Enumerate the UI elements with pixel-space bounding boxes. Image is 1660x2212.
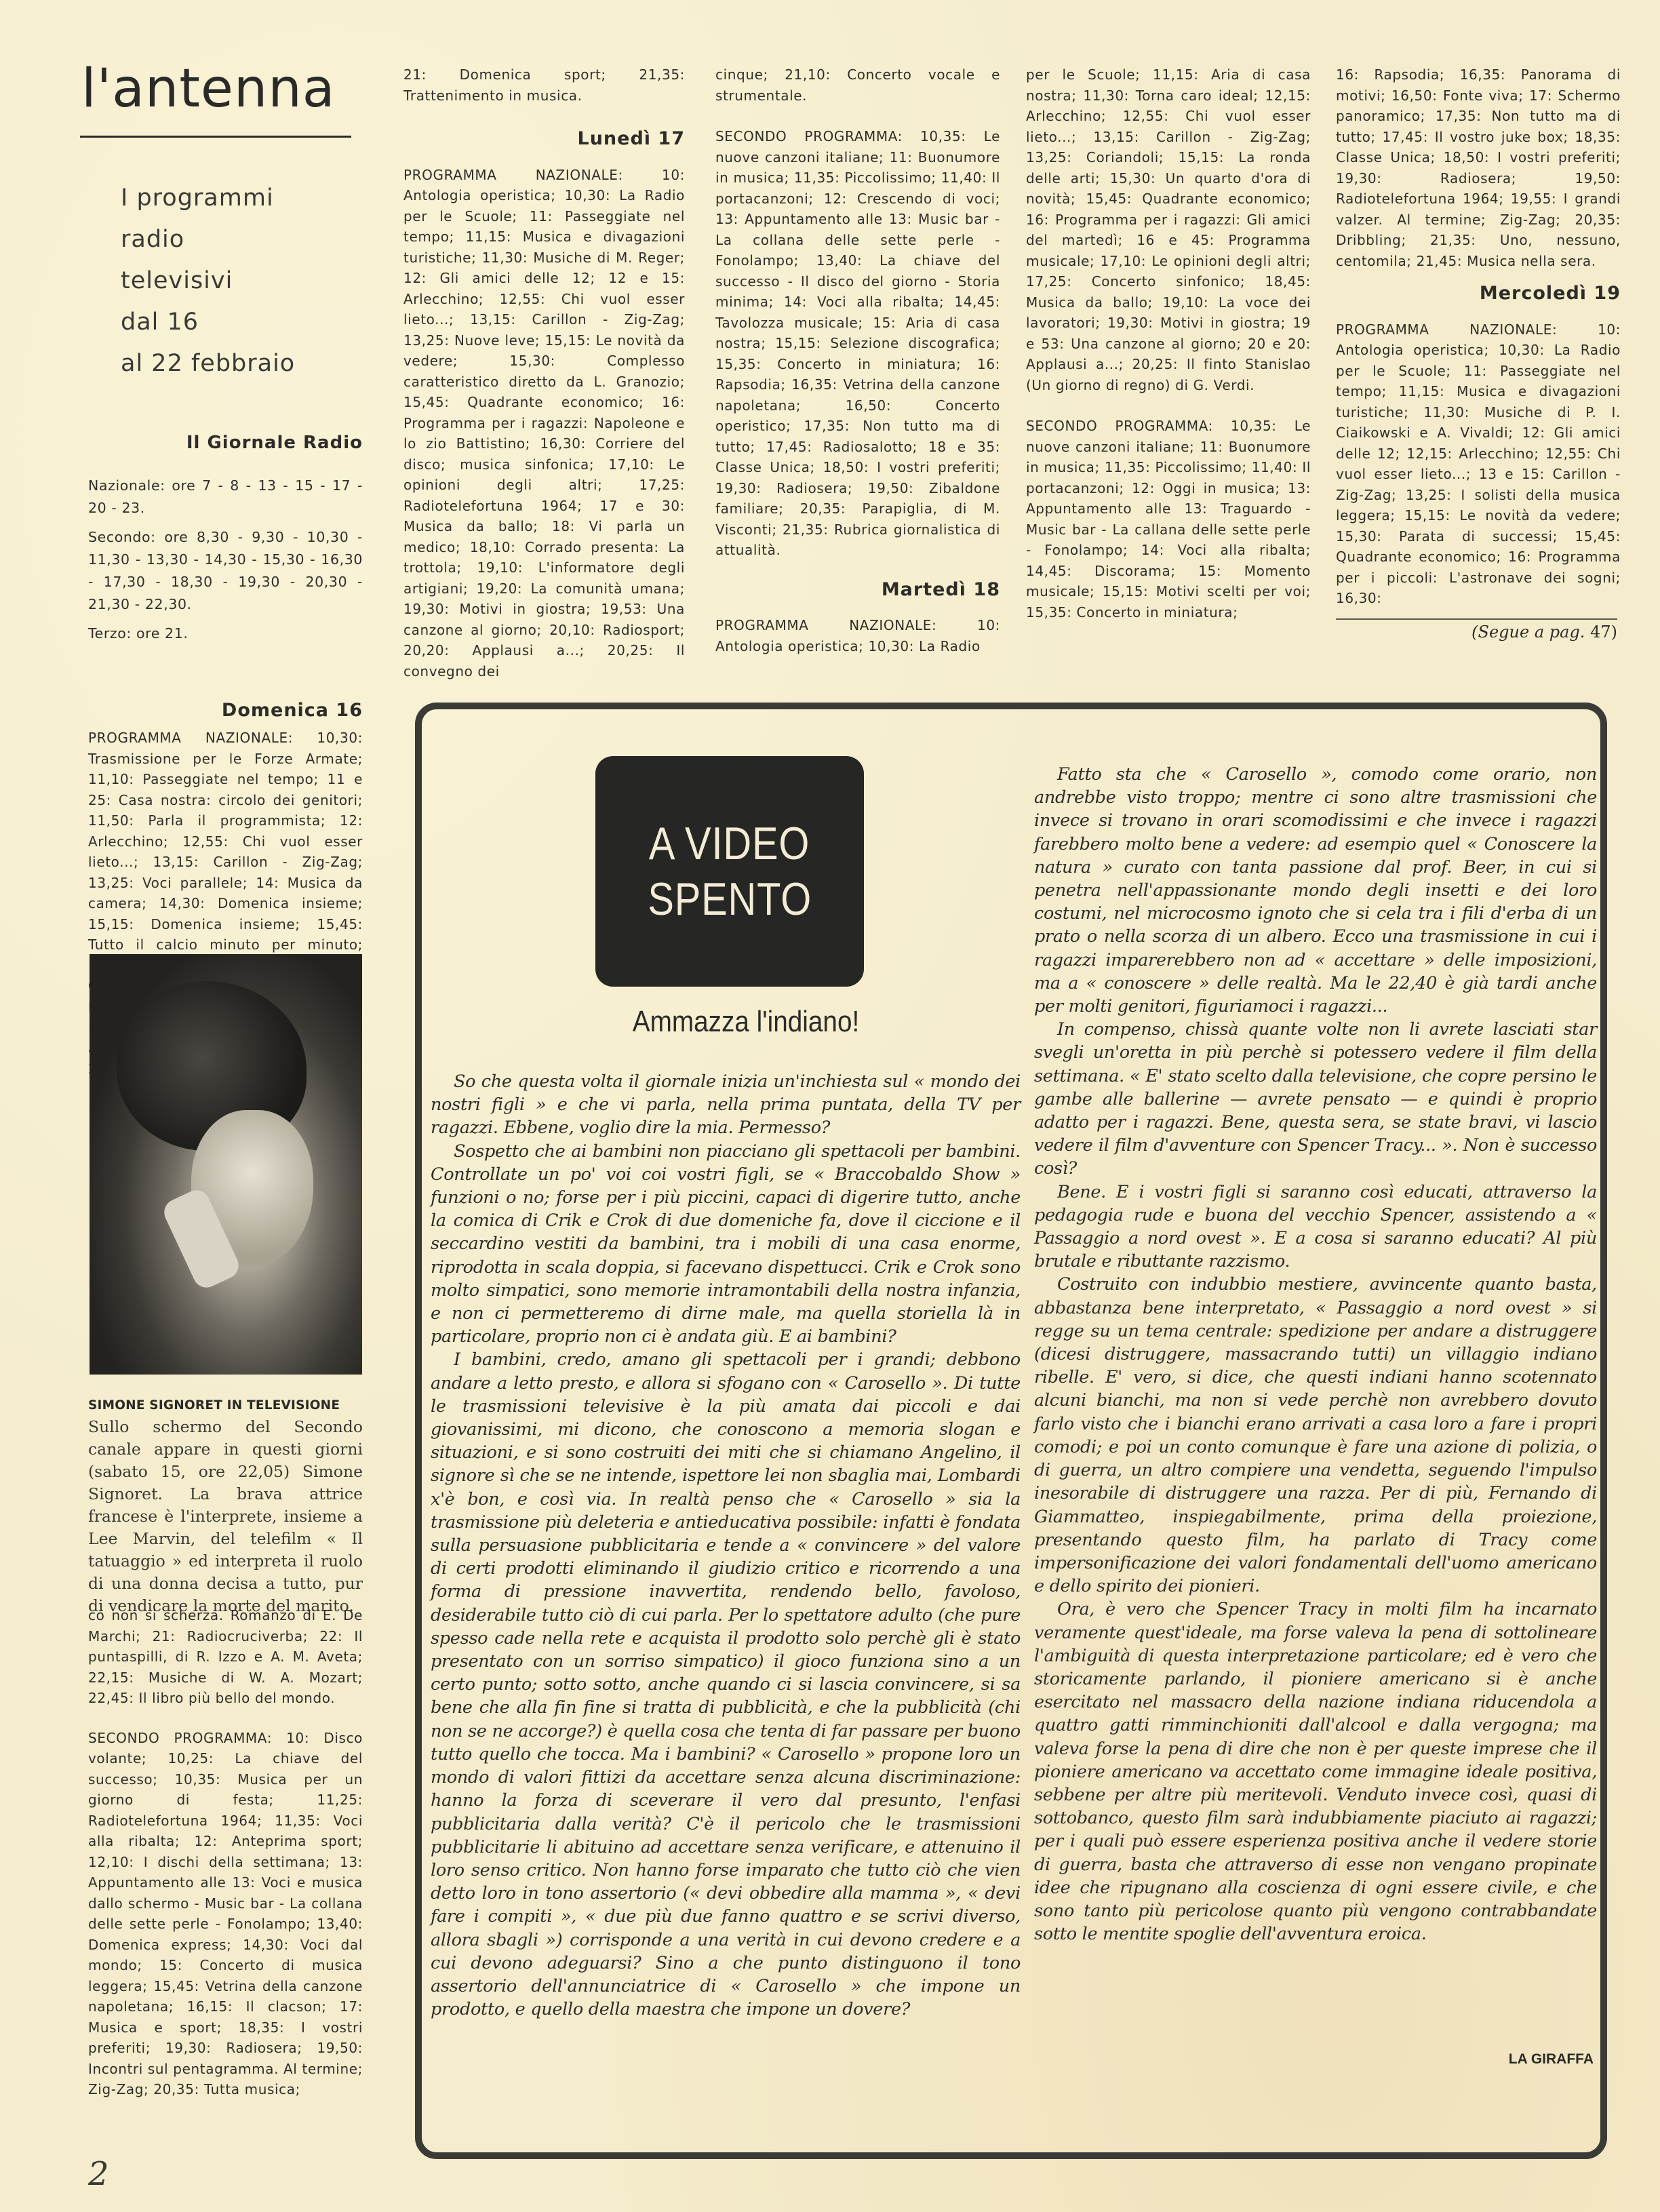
article-paragraph: Ora, è vero che Spencer Tracy in molti f… [1034,1598,1597,1946]
masthead-subtitle: I programmi radio televisivi dal 16 al 2… [121,178,351,384]
page-number: 2 [88,2155,109,2193]
subtitle-line: I programmi [121,178,351,219]
schedule-text: PROGRAMMA NAZIONALE: 10: Antologia operi… [403,165,685,682]
subtitle-line: dal 16 [121,302,351,343]
continued-note: (Segue a pag. 47) [1336,623,1617,641]
schedule-text: 21: Domenica sport; 21,35: Trattenimento… [403,64,685,106]
article-paragraph: I bambini, credo, amano gli spettacoli p… [431,1348,1021,2021]
article-signature: LA GIRAFFA [1424,2051,1594,2068]
masthead-divider [80,136,351,138]
giornale-radio-heading: Il Giornale Radio [88,433,363,453]
schedule-text: 16: Rapsodia; 16,35: Panorama di motivi;… [1336,64,1621,271]
day-heading-mercoledi: Mercoledì 19 [1336,283,1621,304]
photo-caption-body: Sullo schermo del Secondo canale appare … [88,1416,363,1617]
continued-suffix: ) [1611,623,1617,641]
continued-divider [1336,618,1617,620]
subtitle-line: televisivi [121,260,351,302]
article-column-left: So che questa volta il giornale inizia u… [431,1070,1021,2021]
secondo-times: Secondo: ore 8,30 - 9,30 - 10,30 - 11,30… [88,526,363,616]
badge-line: A VIDEO [649,816,810,871]
article-paragraph: So che questa volta il giornale inizia u… [431,1070,1021,1140]
photo-caption-heading: SIMONE SIGNORET IN TELEVISIONE [88,1398,363,1413]
schedule-text: SECONDO PROGRAMMA: 10: Disco volante; 10… [88,1728,363,2100]
schedule-text: cinque; 21,10: Concerto vocale e strumen… [715,64,1000,106]
day-heading-lunedi: Lunedì 17 [403,129,685,150]
article-title: Ammazza l'indiano! [471,1005,1021,1039]
badge-line: SPENTO [648,871,812,927]
article-paragraph: In compenso, chissà quante volte non li … [1034,1018,1597,1180]
article-paragraph: Fatto sta che « Carosello », comodo come… [1034,763,1597,1018]
subtitle-line: al 22 febbraio [121,343,351,384]
schedule-text: per le Scuole; 11,15: Aria di casa nostr… [1026,64,1311,395]
subtitle-line: radio [121,219,351,260]
schedule-text: SECONDO PROGRAMMA: 10,35: Le nuove canzo… [715,126,1000,561]
a-video-spento-badge: A VIDEO SPENTO [595,756,864,987]
schedule-text: co non si scherza. Romanzo di E. De Marc… [88,1605,363,1709]
schedule-column-5: 16: Rapsodia; 16,35: Panorama di motivi;… [1336,64,1621,621]
schedule-text: PROGRAMMA NAZIONALE: 10: Antologia operi… [715,615,1000,656]
nazionale-times: Nazionale: ore 7 - 8 - 13 - 15 - 17 - 20… [88,475,363,519]
schedule-text: PROGRAMMA NAZIONALE: 10: Antologia operi… [1336,319,1621,609]
continued-page: 47 [1590,623,1611,641]
schedule-column-4: per le Scuole; 11,15: Aria di casa nostr… [1026,64,1311,635]
day-heading-domenica: Domenica 16 [88,700,363,721]
article-column-right: Fatto sta che « Carosello », comodo come… [1034,763,1597,1946]
terzo-times: Terzo: ore 21. [88,623,363,645]
continued-prefix: (Segue a pag. [1471,623,1585,641]
schedule-column-3: cinque; 21,10: Concerto vocale e strumen… [715,64,1000,669]
article-paragraph: Costruito con indubbio mestiere, avvince… [1034,1273,1597,1598]
domenica-continuation: co non si scherza. Romanzo di E. De Marc… [88,1605,363,2112]
simone-signoret-photo [90,954,362,1375]
giornale-radio-schedule: Nazionale: ore 7 - 8 - 13 - 15 - 17 - 20… [88,475,363,652]
masthead-title: l'antenna [81,62,353,115]
day-heading-martedi: Martedì 18 [715,580,1000,601]
article-paragraph: Sospetto che ai bambini non piacciano gl… [431,1140,1021,1349]
article-paragraph: Bene. E i vostri figli si saranno così e… [1034,1181,1597,1273]
schedule-column-2: 21: Domenica sport; 21,35: Trattenimento… [403,64,685,694]
schedule-text: SECONDO PROGRAMMA: 10,35: Le nuove canzo… [1026,416,1311,623]
